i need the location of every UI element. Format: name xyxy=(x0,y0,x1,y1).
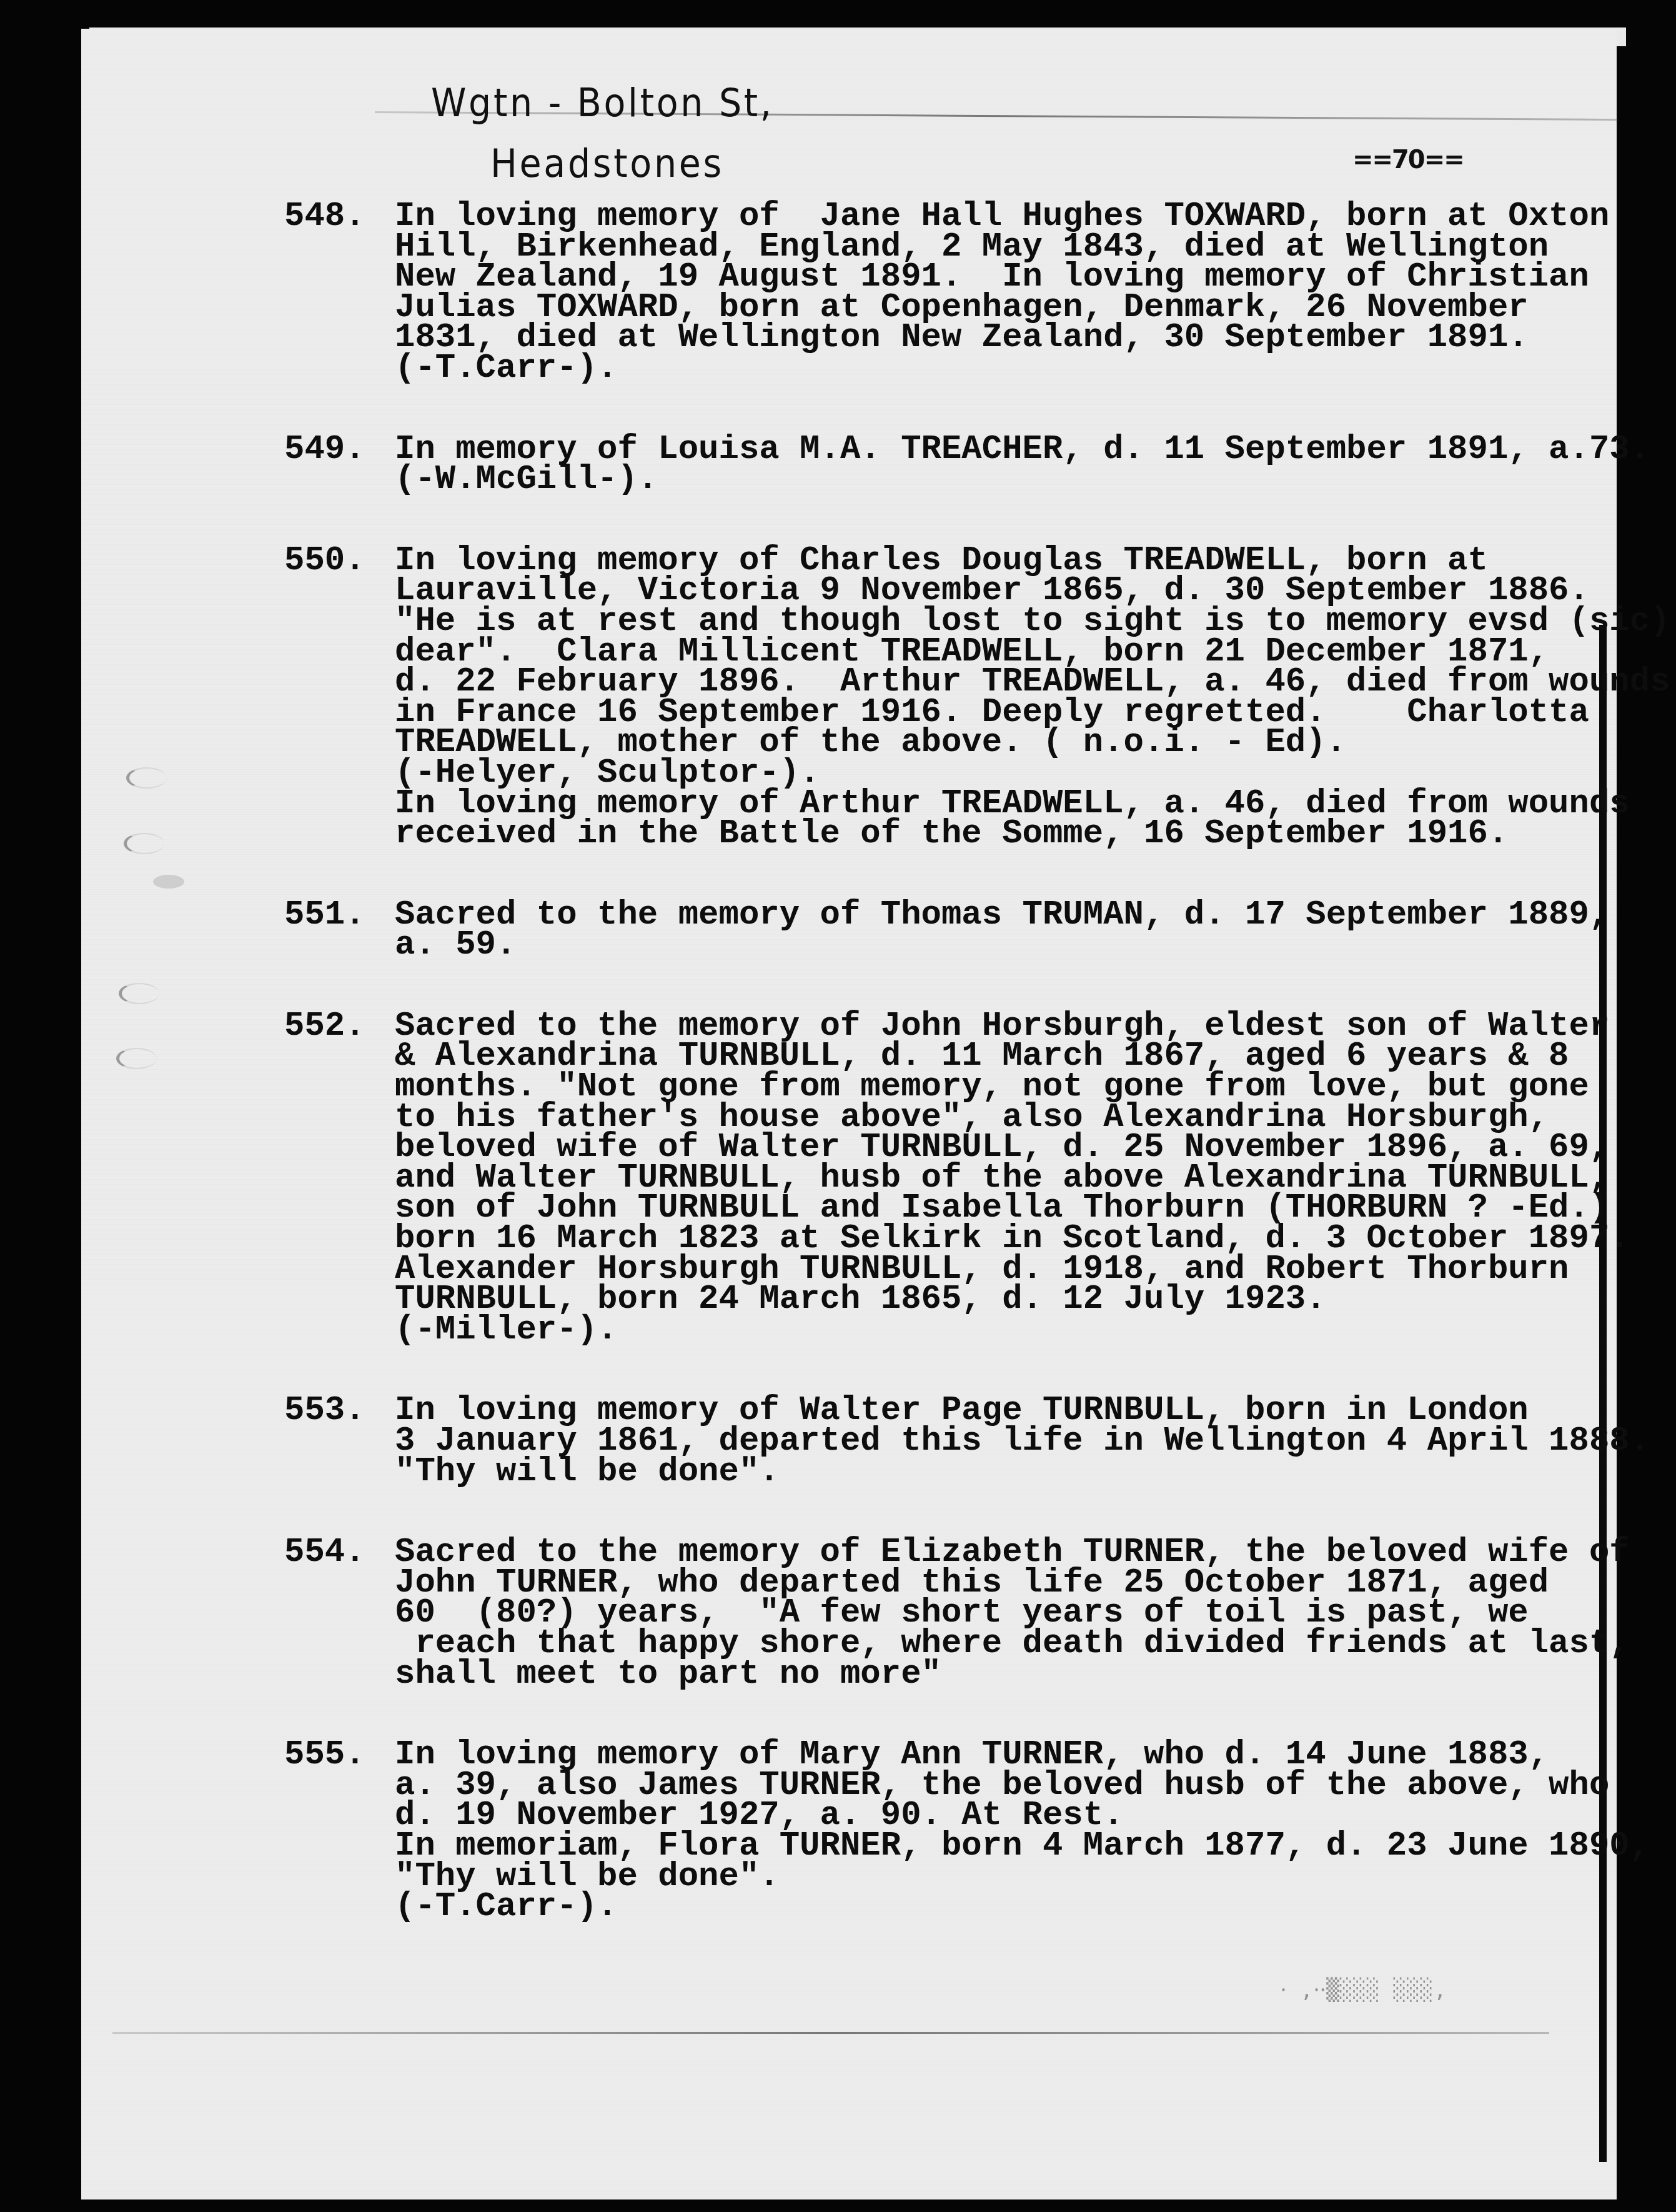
bleed-through-text: ⸱ ,⸱⸱▒░░░ ░░░, xyxy=(1281,1975,1447,2003)
entry-text-line: (-Miller-). xyxy=(395,1315,1670,1346)
entry-text-line: (-W.McGill-). xyxy=(395,465,1670,496)
punch-hole xyxy=(116,1048,157,1069)
scan-artifact-line-bottom xyxy=(112,2032,1549,2034)
entry-text-line: (-T.Carr-). xyxy=(395,1892,1670,1923)
entry-number: 549. xyxy=(284,435,365,466)
entry-text-line: (-T.Carr-). xyxy=(395,354,1670,384)
entry-number: 550. xyxy=(284,546,365,577)
entry-number: 555. xyxy=(284,1740,365,1771)
entry-text: Sacred to the memory of Thomas TRUMAN, d… xyxy=(395,900,1670,961)
headstone-entry: 551.Sacred to the memory of Thomas TRUMA… xyxy=(284,900,1670,961)
entry-list: 548.In loving memory of Jane Hall Hughes… xyxy=(284,202,1670,1923)
header-location: Wgtn - Bolton St, xyxy=(431,80,774,126)
entry-text-line: "Thy will be done". xyxy=(395,1457,1670,1488)
entry-text-line: received in the Battle of the Somme, 16 … xyxy=(395,819,1670,850)
entry-number: 552. xyxy=(284,1012,365,1042)
header-subtitle: Headstones xyxy=(490,141,724,186)
headstone-entry: 553.In loving memory of Walter Page TURN… xyxy=(284,1396,1670,1487)
entry-text: In loving memory of Mary Ann TURNER, who… xyxy=(395,1740,1670,1923)
entry-number: 554. xyxy=(284,1538,365,1568)
headstone-entry: 554.Sacred to the memory of Elizabeth TU… xyxy=(284,1538,1670,1690)
entry-text-line: a. 59. xyxy=(395,930,1670,961)
entry-text: In loving memory of Walter Page TURNBULL… xyxy=(395,1396,1670,1487)
entry-text-line: Sacred to the memory of Thomas TRUMAN, d… xyxy=(395,900,1670,931)
headstone-entry: 549.In memory of Louisa M.A. TREACHER, d… xyxy=(284,435,1670,496)
entry-text: In memory of Louisa M.A. TREACHER, d. 11… xyxy=(395,435,1670,496)
headstone-entry: 555.In loving memory of Mary Ann TURNER,… xyxy=(284,1740,1670,1923)
headstone-entry: 550.In loving memory of Charles Douglas … xyxy=(284,546,1670,850)
entry-number: 548. xyxy=(284,202,365,232)
entry-text: Sacred to the memory of John Horsburgh, … xyxy=(395,1012,1670,1346)
entry-number: 551. xyxy=(284,900,365,931)
entry-number: 553. xyxy=(284,1396,365,1427)
headstone-entry: 548.In loving memory of Jane Hall Hughes… xyxy=(284,202,1670,384)
ink-smudge xyxy=(153,875,184,889)
punch-hole xyxy=(119,983,159,1004)
punch-hole xyxy=(124,833,164,854)
headstone-entry: 552.Sacred to the memory of John Horsbur… xyxy=(284,1012,1670,1346)
entry-text-line: shall meet to part no more" xyxy=(395,1660,1670,1690)
entry-text: In loving memory of Charles Douglas TREA… xyxy=(395,546,1670,850)
entry-text: Sacred to the memory of Elizabeth TURNER… xyxy=(395,1538,1670,1690)
punch-hole xyxy=(126,767,167,789)
page-number: ==70== xyxy=(1352,146,1464,174)
entry-text: In loving memory of Jane Hall Hughes TOX… xyxy=(395,202,1670,384)
